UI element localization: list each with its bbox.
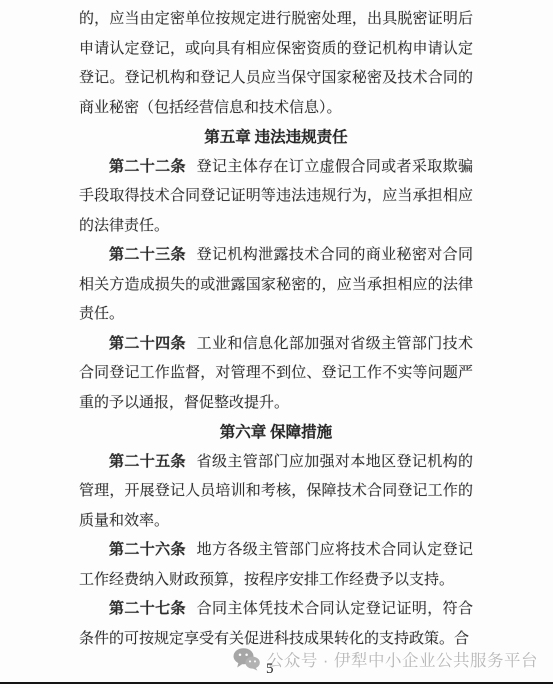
article-27-paragraph: 第二十七条合同主体凭技术合同认定登记证明，符合条件的可按规定享受有关促进科技成果… [79, 595, 473, 654]
article-23-number: 第二十三条 [109, 247, 186, 263]
paragraph-text: 的，应当由定密单位按规定进行脱密处理，出具脱密证明后申请认定登记，或向具有相应保… [79, 11, 473, 116]
watermark-text: 公众号 · 伊犁中小企业公共服务平台 [267, 647, 538, 671]
document-page: 的，应当由定密单位按规定进行脱密处理，出具脱密证明后申请认定登记，或向具有相应保… [0, 0, 553, 688]
article-25-number: 第二十五条 [109, 454, 186, 470]
article-23-paragraph: 第二十三条登记机构泄露技术合同的商业秘密对合同相关方造成损失的或泄露国家秘密的，… [79, 241, 473, 330]
article-25-paragraph: 第二十五条省级主管部门应加强对本地区登记机构的管理，开展登记人员培训和考核，保障… [79, 448, 473, 537]
page-number: 5 [266, 661, 274, 678]
chapter-heading-6: 第六章 保障措施 [79, 418, 473, 448]
page-bottom-edge [0, 682, 553, 684]
watermark: 公众号 · 伊犁中小企业公共服务平台 [233, 647, 538, 671]
paragraph-continuation: 的，应当由定密单位按规定进行脱密处理，出具脱密证明后申请认定登记，或向具有相应保… [79, 5, 473, 123]
article-22-number: 第二十二条 [109, 159, 186, 175]
wechat-icon [233, 648, 260, 671]
article-22-paragraph: 第二十二条登记主体存在订立虚假合同或者采取欺骗手段取得技术合同登记证明等违法违规… [79, 153, 473, 242]
article-24-paragraph: 第二十四条工业和信息化部加强对省级主管部门技术合同登记工作监督，对管理不到位、登… [79, 330, 473, 419]
article-26-paragraph: 第二十六条地方各级主管部门应将技术合同认定登记工作经费纳入财政预算，按程序安排工… [79, 536, 473, 595]
document-text: 的，应当由定密单位按规定进行脱密处理，出具脱密证明后申请认定登记，或向具有相应保… [79, 5, 473, 654]
chapter-heading-5: 第五章 违法违规责任 [79, 123, 473, 153]
article-26-number: 第二十六条 [109, 542, 186, 558]
article-24-number: 第二十四条 [109, 336, 186, 352]
article-27-number: 第二十七条 [109, 601, 186, 617]
